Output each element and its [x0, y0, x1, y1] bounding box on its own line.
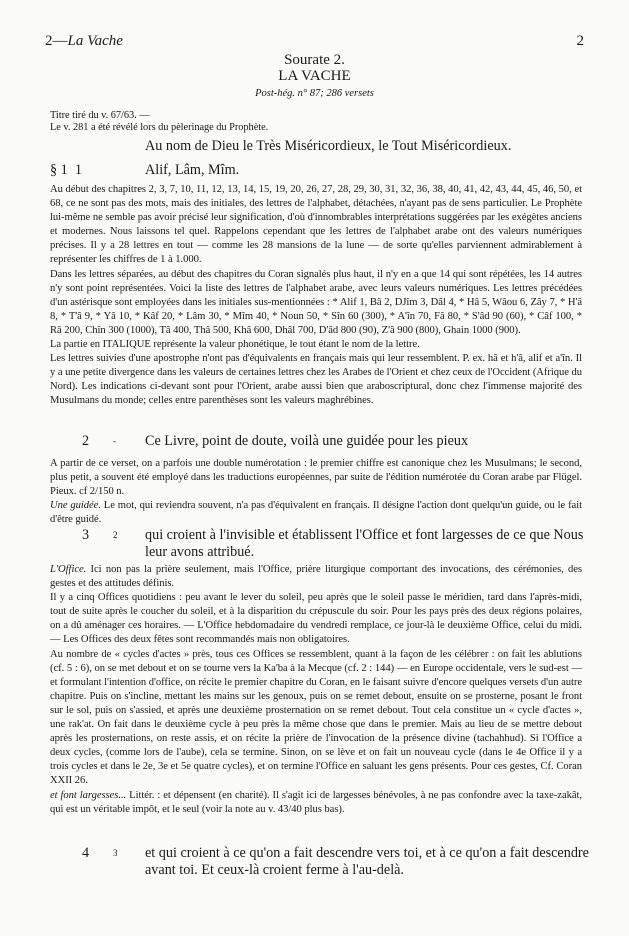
note-lead: et font largesses...: [50, 790, 126, 801]
section-mark: § 1: [50, 162, 68, 178]
note-paragraph: L'Office. Ici non pas la prière seulemen…: [50, 563, 582, 591]
note-paragraph: et font largesses... Littér. : et dépens…: [50, 789, 582, 817]
basmala: Au nom de Dieu le Très Miséricordieux, l…: [145, 138, 511, 155]
verse-number: 1: [75, 162, 82, 178]
note-paragraph: A partir de ce verset, on a parfois une …: [50, 457, 582, 499]
verse-3: 3 2 qui croient à l'invisible et établis…: [50, 527, 590, 561]
note-body: Littér. : et dépensent (en charité). Il …: [50, 790, 582, 815]
note-verse-3: L'Office. Ici non pas la prière seulemen…: [50, 563, 582, 817]
verse-alt-number: 3: [113, 845, 118, 862]
verse-section-and-number: § 1 1: [50, 162, 82, 179]
sura-heading: Sourate 2. LA VACHE Post-hég. n° 87; 286…: [0, 52, 629, 101]
verse-alt-number: -: [113, 433, 116, 450]
intro-note-revelation: Le v. 281 a été révélé lors du pèlerinag…: [50, 122, 582, 134]
note-body: Le mot, qui reviendra souvent, n'a pas d…: [50, 500, 582, 525]
page-number: 2: [577, 32, 585, 50]
sura-name: LA VACHE: [0, 68, 629, 84]
note-paragraph: La partie en ITALIQUE représente la vale…: [50, 338, 582, 352]
note-paragraph: Au début des chapitres 2, 3, 7, 10, 11, …: [50, 183, 582, 268]
running-head: 2—La Vache 2: [45, 32, 584, 50]
note-body: Ici non pas la prière seulement, mais l'…: [50, 564, 582, 589]
sura-number-heading: Sourate 2.: [0, 52, 629, 68]
verse-1: § 1 1 Alif, Lâm, Mîm.: [50, 162, 590, 179]
verse-4: 4 3 et qui croient à ce qu'on a fait des…: [50, 845, 590, 879]
verse-text: Alif, Lâm, Mîm.: [145, 162, 590, 179]
note-paragraph: Il y a cinq Offices quotidiens : peu ava…: [50, 591, 582, 647]
verse-text: et qui croient à ce qu'on a fait descend…: [145, 845, 590, 879]
running-head-number: 2—: [45, 33, 68, 49]
note-lead: Une guidée.: [50, 500, 101, 511]
intro-notes: Titre tiré du v. 67/63. — Le v. 281 a ét…: [50, 110, 582, 134]
verse-number: 3: [82, 527, 89, 544]
book-page: 2—La Vache 2 Sourate 2. LA VACHE Post-hé…: [0, 0, 629, 936]
verse-alt-number: 2: [113, 527, 118, 544]
intro-note-title-source: Titre tiré du v. 67/63. —: [50, 110, 582, 122]
note-paragraph: Les lettres suivies d'une apostrophe n'o…: [50, 352, 582, 408]
note-paragraph: Au nombre de « cycles d'actes » près, to…: [50, 648, 582, 789]
note-paragraph: Dans les lettres séparées, au début des …: [50, 268, 582, 338]
sura-subtitle: Post-hég. n° 87; 286 versets: [0, 87, 629, 101]
note-paragraph: Une guidée. Le mot, qui reviendra souven…: [50, 499, 582, 527]
verse-text: Ce Livre, point de doute, voilà une guid…: [145, 433, 590, 450]
verse-number: 2: [82, 433, 89, 450]
note-verse-1: Au début des chapitres 2, 3, 7, 10, 11, …: [50, 183, 582, 409]
verse-text: qui croient à l'invisible et établissent…: [145, 527, 590, 561]
verse-2: 2 - Ce Livre, point de doute, voilà une …: [50, 433, 590, 450]
running-head-title: 2—La Vache: [45, 32, 123, 50]
running-head-title-text: La Vache: [68, 33, 123, 49]
verse-number: 4: [82, 845, 89, 862]
note-lead: L'Office.: [50, 564, 86, 575]
note-verse-2: A partir de ce verset, on a parfois une …: [50, 457, 582, 527]
